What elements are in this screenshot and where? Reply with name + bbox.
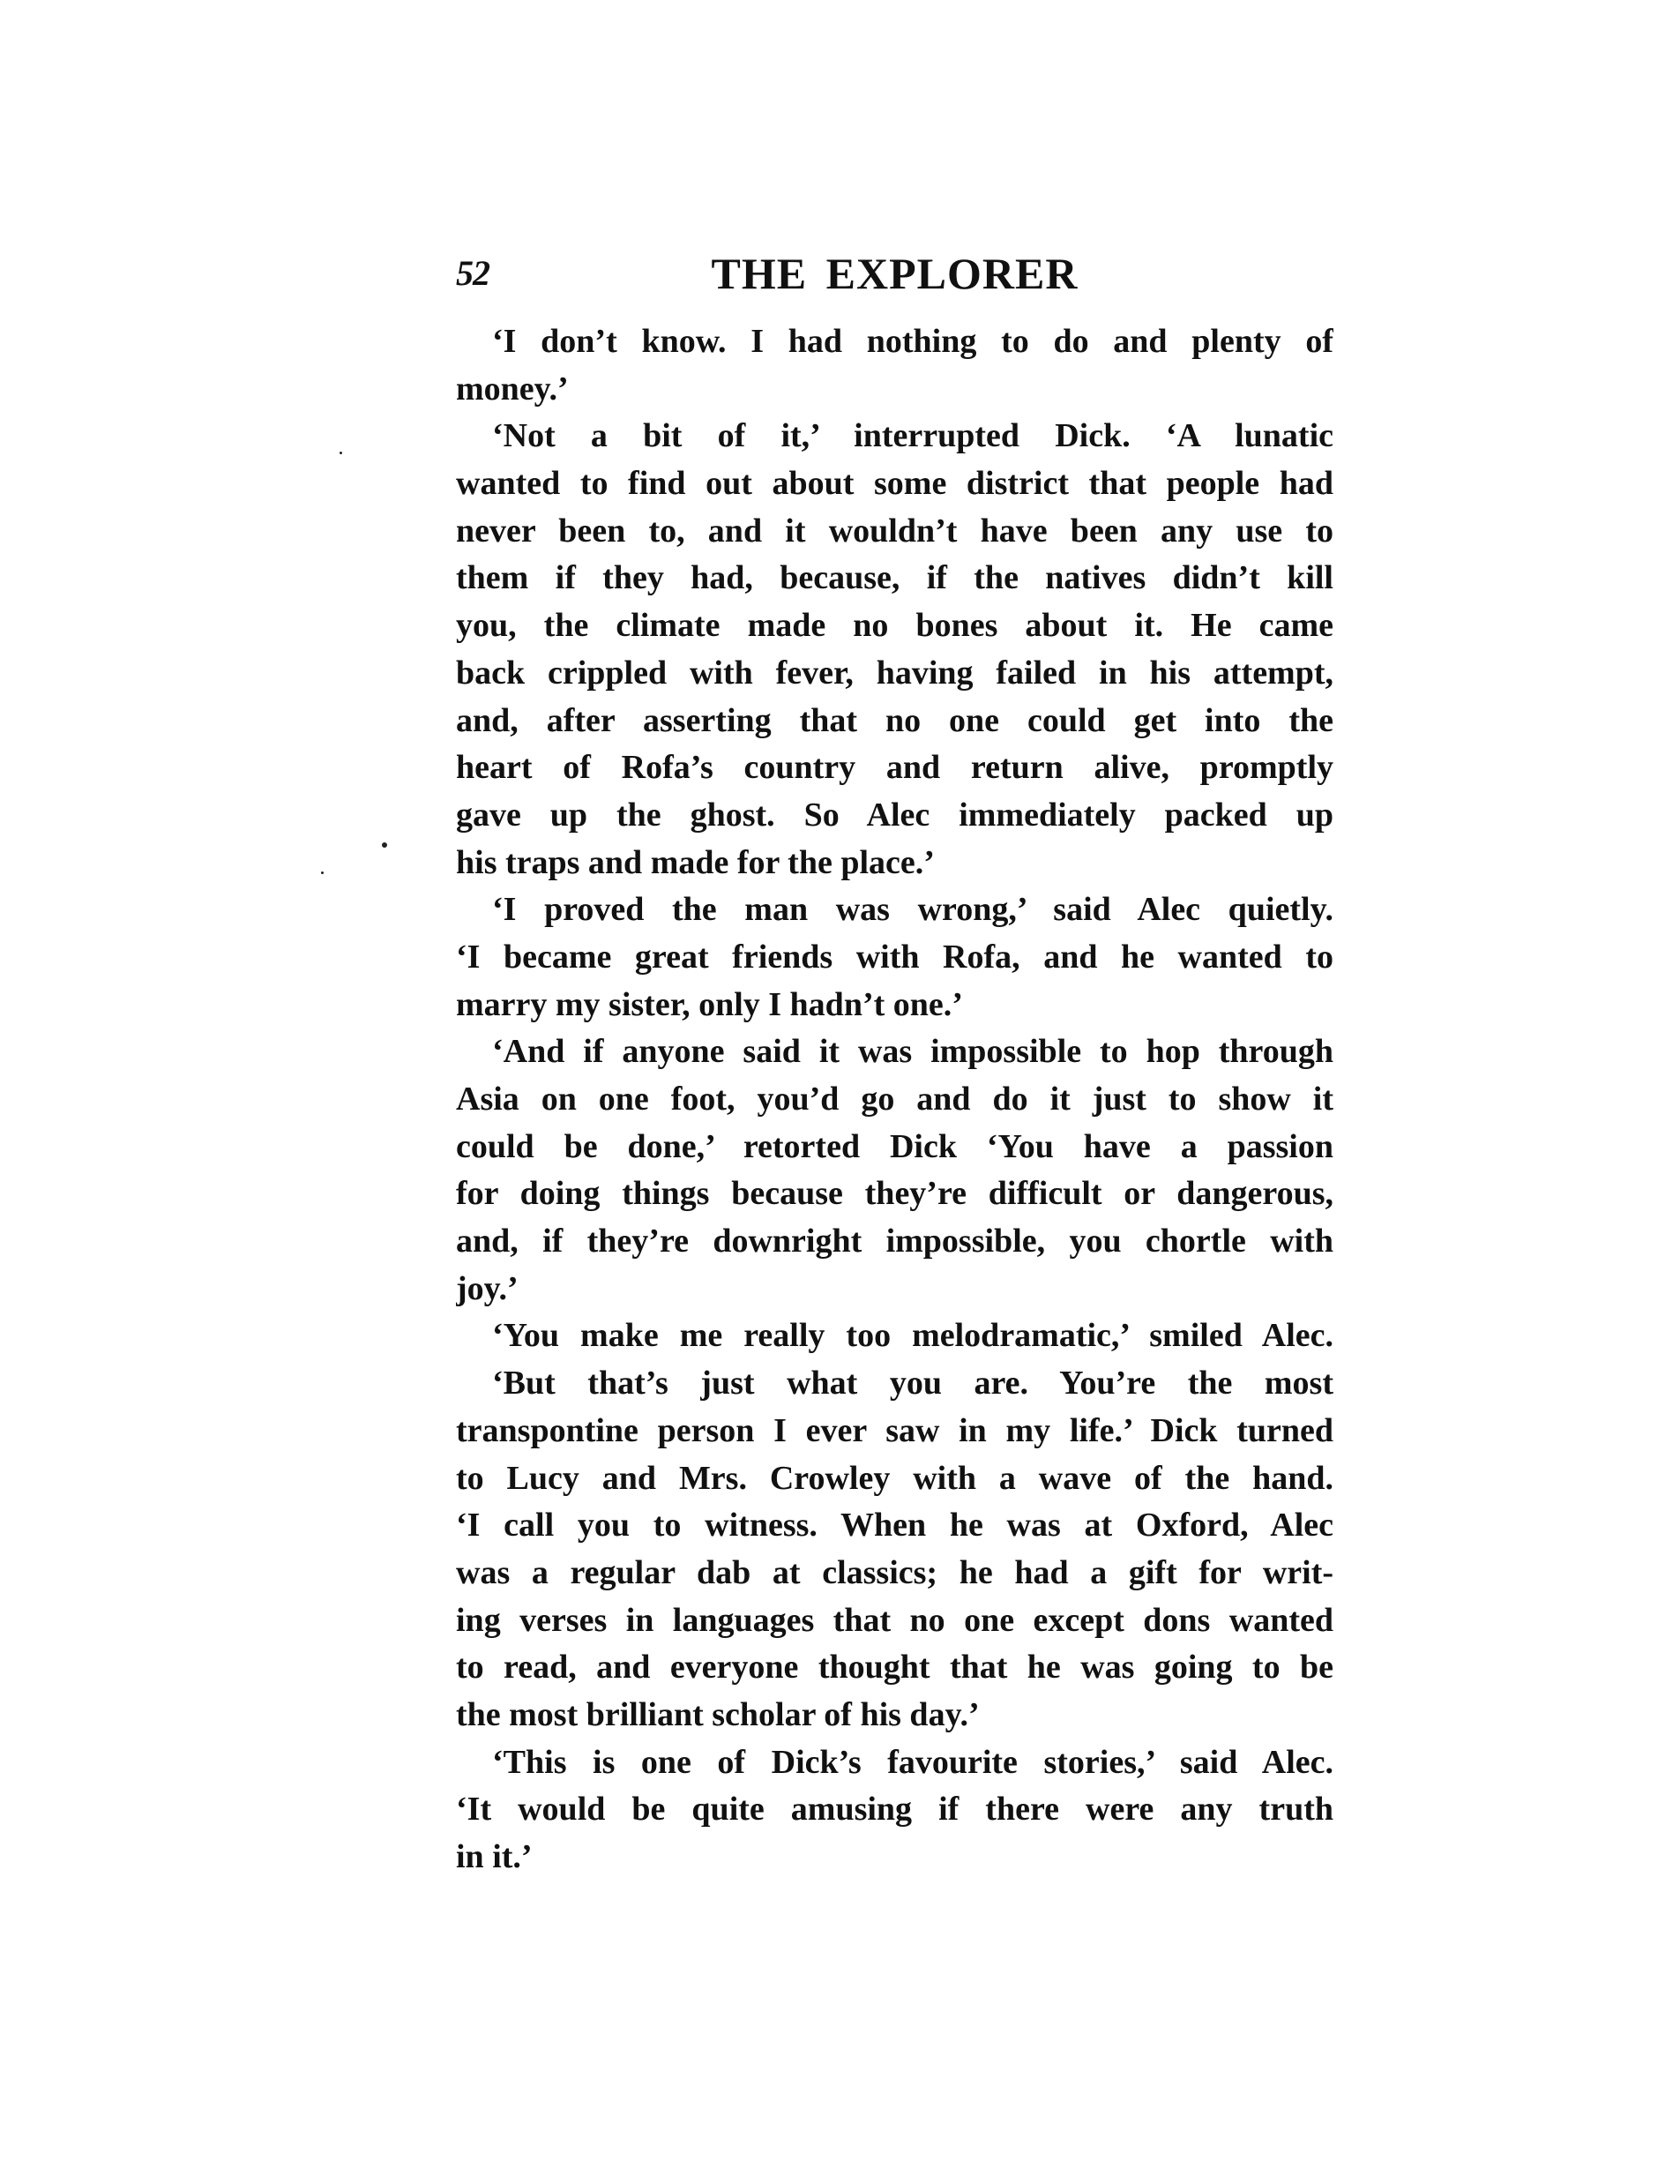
body-text: ‘I don’t know. I had nothing to do and p… xyxy=(456,318,1333,1881)
text-line: joy.’ xyxy=(456,1266,1333,1313)
text-line: for doing things because they’re difficu… xyxy=(456,1171,1333,1218)
book-page: 52 THE EXPLORER ‘I don’t know. I had not… xyxy=(0,0,1680,2184)
text-line: ‘I don’t know. I had nothing to do and p… xyxy=(456,318,1333,366)
text-line: in it.’ xyxy=(456,1834,1333,1881)
text-line: wanted to find out about some district t… xyxy=(456,460,1333,508)
running-head: 52 THE EXPLORER xyxy=(456,249,1333,298)
text-line: back crippled with fever, having failed … xyxy=(456,650,1333,698)
text-line: you, the climate made no bones about it.… xyxy=(456,602,1333,650)
margin-speck xyxy=(321,871,324,874)
running-title: THE EXPLORER xyxy=(456,251,1333,296)
text-line: ‘I proved the man was wrong,’ said Alec … xyxy=(456,886,1333,934)
text-line: his traps and made for the place.’ xyxy=(456,840,1333,887)
text-line: could be done,’ retorted Dick ‘You have … xyxy=(456,1124,1333,1171)
text-line: and, if they’re downright impossible, yo… xyxy=(456,1218,1333,1266)
text-line: ‘And if anyone said it was impossible to… xyxy=(456,1028,1333,1076)
margin-speck xyxy=(340,452,342,454)
text-line: ing verses in languages that no one exce… xyxy=(456,1597,1333,1645)
text-line: was a regular dab at classics; he had a … xyxy=(456,1550,1333,1597)
text-line: ‘You make me really too melodramatic,’ s… xyxy=(456,1313,1333,1360)
text-line: to Lucy and Mrs. Crowley with a wave of … xyxy=(456,1455,1333,1503)
text-line: to read, and everyone thought that he wa… xyxy=(456,1644,1333,1692)
text-line: transpontine person I ever saw in my lif… xyxy=(456,1408,1333,1455)
text-line: gave up the ghost. So Alec immediately p… xyxy=(456,792,1333,840)
text-line: marry my sister, only I hadn’t one.’ xyxy=(456,982,1333,1029)
text-line: ‘Not a bit of it,’ interrupted Dick. ‘A … xyxy=(456,413,1333,460)
text-line: and, after asserting that no one could g… xyxy=(456,698,1333,745)
text-line: ‘It would be quite amusing if there were… xyxy=(456,1786,1333,1834)
text-line: ‘I call you to witness. When he was at O… xyxy=(456,1502,1333,1550)
text-line: ‘This is one of Dick’s favourite stories… xyxy=(456,1739,1333,1787)
text-line: Asia on one foot, you’d go and do it jus… xyxy=(456,1076,1333,1124)
text-line: them if they had, because, if the native… xyxy=(456,555,1333,602)
text-line: money.’ xyxy=(456,366,1333,414)
text-line: the most brilliant scholar of his day.’ xyxy=(456,1692,1333,1739)
text-line: ‘But that’s just what you are. You’re th… xyxy=(456,1360,1333,1408)
text-line: ‘I became great friends with Rofa, and h… xyxy=(456,934,1333,982)
margin-speck xyxy=(382,842,387,848)
text-line: heart of Rofa’s country and return alive… xyxy=(456,744,1333,792)
text-line: never been to, and it wouldn’t have been… xyxy=(456,508,1333,556)
